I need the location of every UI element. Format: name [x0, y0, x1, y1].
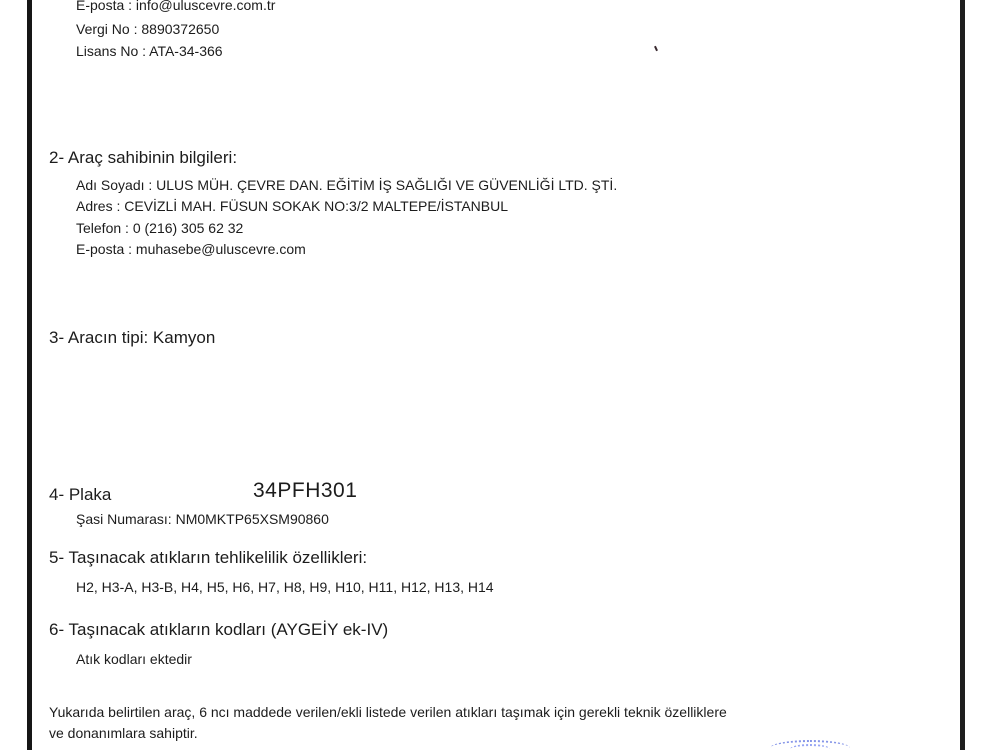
statement-line-1: Yukarıda belirtilen araç, 6 ncı maddede …: [49, 704, 727, 720]
owner-name: Adı Soyadı : ULUS MÜH. ÇEVRE DAN. EĞİTİM…: [76, 177, 617, 193]
statement-line-2: ve donanımlara sahiptir.: [49, 725, 198, 741]
official-stamp-inner-icon: [790, 744, 830, 750]
scan-speck: [654, 46, 658, 51]
waste-codes-note: Atık kodları ektedir: [76, 651, 192, 667]
section-3-vehicle-type: 3- Aracın tipi: Kamyon: [49, 328, 215, 348]
document-right-border: [960, 0, 965, 750]
license-plate: 34PFH301: [253, 479, 357, 503]
document-left-border: [27, 0, 32, 750]
owner-address: Adres : CEVİZLİ MAH. FÜSUN SOKAK NO:3/2 …: [76, 198, 508, 214]
section-4-heading: 4- Plaka: [49, 485, 111, 505]
owner-email: E-posta : muhasebe@uluscevre.com: [76, 241, 306, 257]
chassis-number: Şasi Numarası: NM0MKTP65XSM90860: [76, 511, 329, 527]
issuer-license-number: Lisans No : ATA-34-366: [76, 43, 223, 59]
issuer-email: E-posta : info@uluscevre.com.tr: [76, 0, 275, 13]
section-2-heading: 2- Araç sahibinin bilgileri:: [49, 148, 237, 168]
hazard-properties: H2, H3-A, H3-B, H4, H5, H6, H7, H8, H9, …: [76, 579, 494, 595]
section-6-heading: 6- Taşınacak atıkların kodları (AYGEİY e…: [49, 620, 388, 640]
section-5-heading: 5- Taşınacak atıkların tehlikelilik özel…: [49, 548, 367, 568]
issuer-tax-number: Vergi No : 8890372650: [76, 21, 219, 37]
owner-phone: Telefon : 0 (216) 305 62 32: [76, 220, 243, 236]
